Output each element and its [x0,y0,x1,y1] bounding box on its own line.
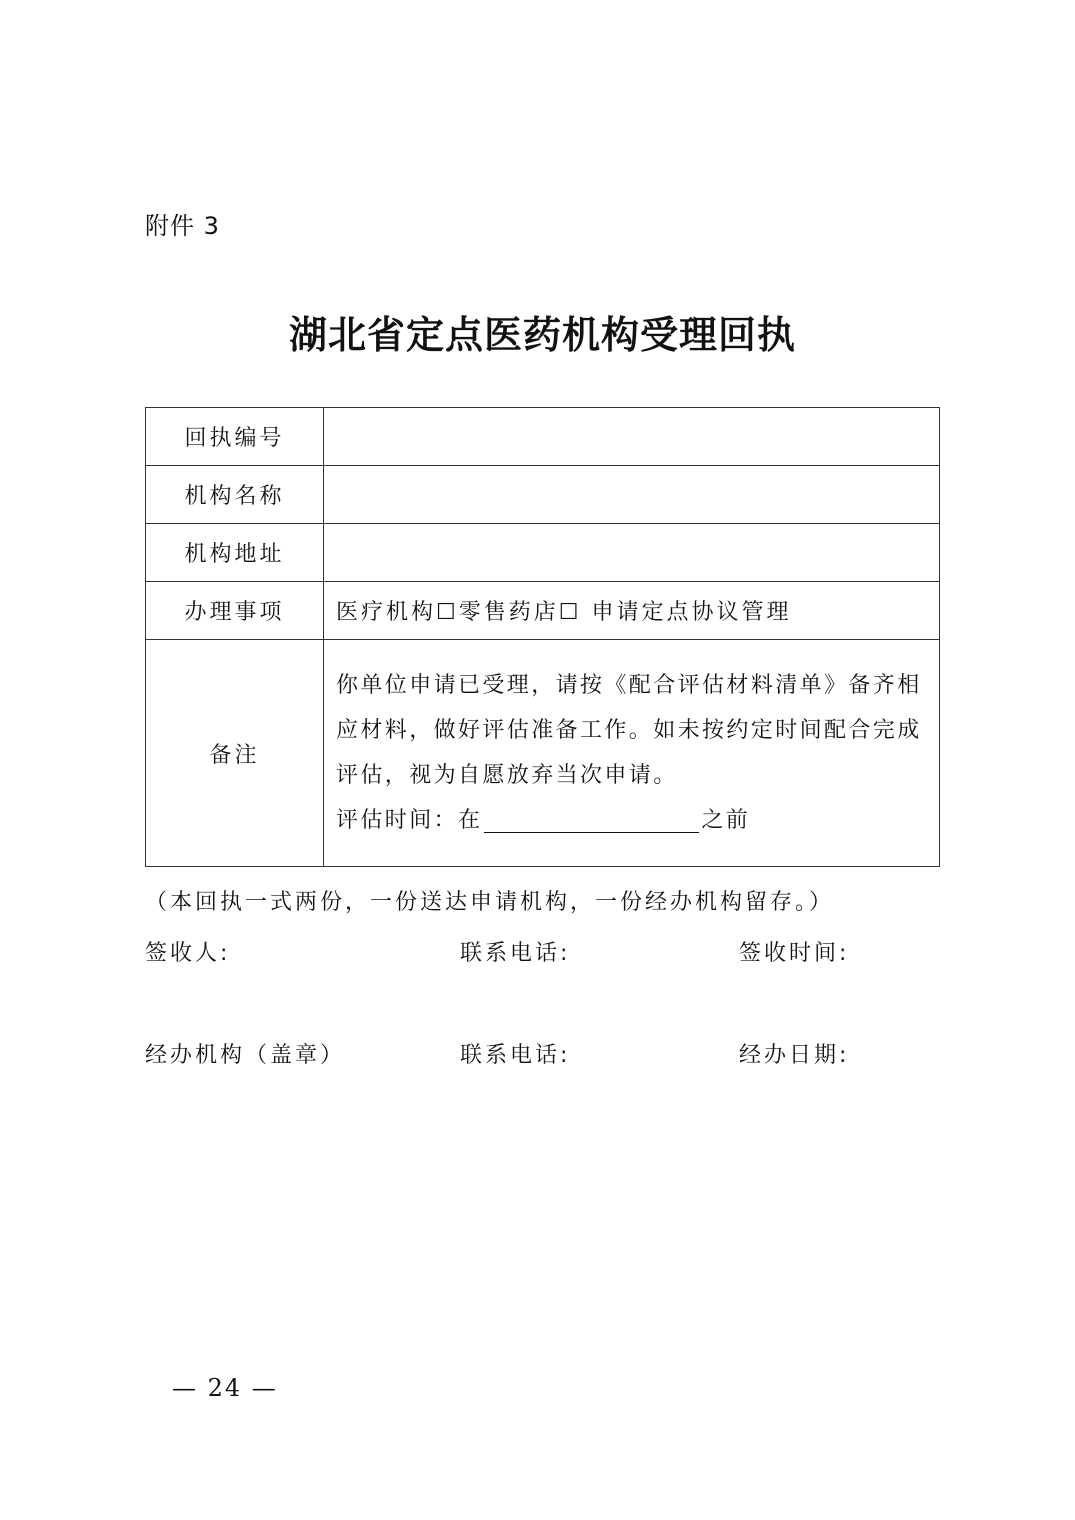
institution-address-label: 机构地址 [146,524,324,582]
table-row-institution-name: 机构名称 [146,466,940,524]
attachment-label: 附件 3 [145,206,220,241]
deadline-blank-field[interactable] [484,802,699,833]
remarks-cell: 你单位申请已受理，请按《配合评估材料清单》备齐相应材料，做好评估准备工作。如未按… [324,640,940,867]
contact-phone-label-1: 联系电话: [460,936,570,967]
receipt-table: 回执编号 机构名称 机构地址 办理事项 医疗机构☐零售药店☐ 申请定点协议管理 … [145,407,940,867]
table-row-matter: 办理事项 医疗机构☐零售药店☐ 申请定点协议管理 [146,582,940,640]
agency-seal-label: 经办机构（盖章） [145,1038,345,1069]
sign-time-label: 签收时间: [739,936,849,967]
remarks-text: 你单位申请已受理，请按《配合评估材料清单》备齐相应材料，做好评估准备工作。如未按… [324,647,939,859]
document-title: 湖北省定点医药机构受理回执 [0,304,1075,359]
page-number: — 24 — [172,1374,278,1402]
contact-phone-label-2: 联系电话: [460,1038,570,1069]
table-row-receipt-number: 回执编号 [146,408,940,466]
institution-name-field[interactable] [324,466,940,524]
institution-name-label: 机构名称 [146,466,324,524]
recipient-label: 签收人: [145,936,230,967]
remarks-paragraph: 你单位申请已受理，请按《配合评估材料清单》备齐相应材料，做好评估准备工作。如未按… [336,673,922,788]
deadline-suffix: 之前 [701,808,750,833]
table-row-remarks: 备注 你单位申请已受理，请按《配合评估材料清单》备齐相应材料，做好评估准备工作。… [146,640,940,867]
matter-label: 办理事项 [146,582,324,640]
handling-date-label: 经办日期: [739,1038,849,1069]
receipt-number-field[interactable] [324,408,940,466]
remarks-label: 备注 [146,640,324,867]
copies-note: （本回执一式两份，一份送达申请机构，一份经办机构留存。） [145,885,834,916]
institution-address-field[interactable] [324,524,940,582]
table-row-institution-address: 机构地址 [146,524,940,582]
receipt-number-label: 回执编号 [146,408,324,466]
matter-value: 医疗机构☐零售药店☐ 申请定点协议管理 [324,582,940,640]
deadline-prefix: 评估时间：在 [336,808,482,833]
